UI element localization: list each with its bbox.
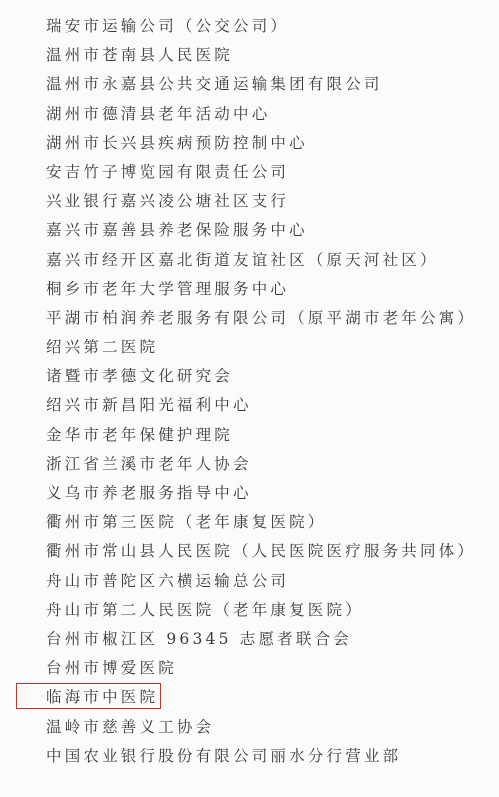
- highlight-box: [16, 683, 161, 709]
- list-item: 舟山市第二人民医院（老年康复医院）: [46, 596, 486, 625]
- list-item: 安吉竹子博览园有限责任公司: [46, 158, 486, 187]
- list-item: 义乌市养老服务指导中心: [46, 479, 486, 508]
- list-item: 台州市博爱医院: [46, 654, 486, 683]
- list-item: 嘉兴市嘉善县养老保险服务中心: [46, 216, 486, 245]
- list-item: 嘉兴市经开区嘉北街道友谊社区（原天河社区）: [46, 246, 486, 275]
- list-item: 温岭市慈善义工协会: [46, 713, 486, 742]
- list-item: 温州市苍南县人民医院: [46, 41, 486, 70]
- list-item: 绍兴市新昌阳光福利中心: [46, 391, 486, 420]
- list-item: 桐乡市老年大学管理服务中心: [46, 275, 486, 304]
- list-item: 台州市椒江区 96345 志愿者联合会: [46, 625, 486, 654]
- organization-list: 瑞安市运输公司（公交公司） 温州市苍南县人民医院 温州市永嘉县公共交通运输集团有…: [46, 12, 486, 771]
- list-item: 湖州市德清县老年活动中心: [46, 100, 486, 129]
- list-item: 衢州市常山县人民医院（人民医院医疗服务共同体）: [46, 537, 486, 566]
- list-item: 舟山市普陀区六横运输总公司: [46, 567, 486, 596]
- list-item: 兴业银行嘉兴凌公塘社区支行: [46, 187, 486, 216]
- list-item: 中国农业银行股份有限公司丽水分行营业部: [46, 742, 486, 771]
- list-item: 诸暨市孝德文化研究会: [46, 362, 486, 391]
- list-item: 温州市永嘉县公共交通运输集团有限公司: [46, 70, 486, 99]
- list-item: 衢州市第三医院（老年康复医院）: [46, 508, 486, 537]
- list-item: 瑞安市运输公司（公交公司）: [46, 12, 486, 41]
- list-item: 绍兴第二医院: [46, 333, 486, 362]
- list-item: 浙江省兰溪市老年人协会: [46, 450, 486, 479]
- list-item: 湖州市长兴县疾病预防控制中心: [46, 129, 486, 158]
- list-item: 平湖市柏润养老服务有限公司（原平湖市老年公寓）: [46, 304, 486, 333]
- list-item: 金华市老年保健护理院: [46, 421, 486, 450]
